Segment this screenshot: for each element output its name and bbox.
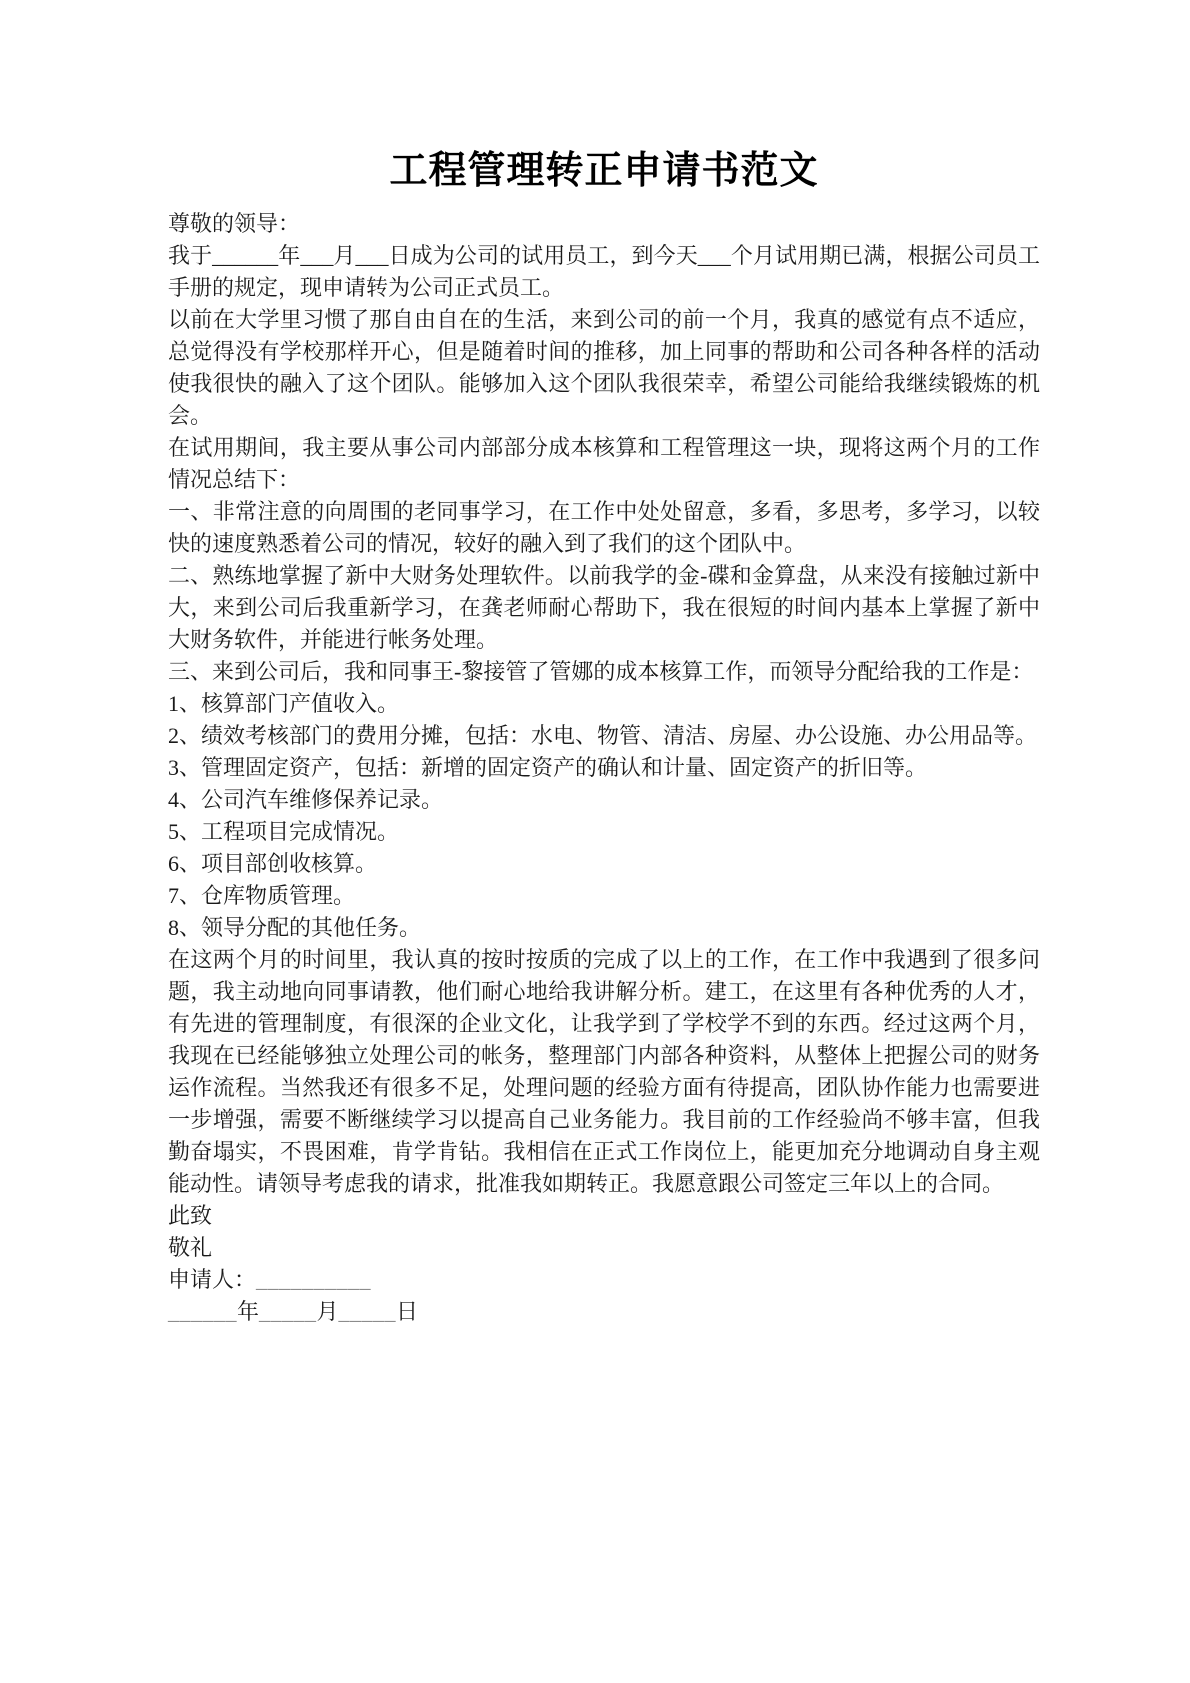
- date-blank-year: ______: [168, 1299, 237, 1324]
- task-item-1: 1、核算部门产值收入。: [168, 688, 1040, 720]
- date-blank-day: _____: [339, 1299, 397, 1324]
- month-label: 月: [317, 1299, 339, 1324]
- day-label: 日: [396, 1299, 418, 1324]
- applicant-blank-line: __________: [256, 1267, 371, 1292]
- paragraph-point-1: 一、非常注意的向周围的老同事学习，在工作中处处留意，多看，多思考，多学习，以较快…: [168, 496, 1040, 560]
- paragraph-point-2: 二、熟练地掌握了新中大财务处理软件。以前我学的金-碟和金算盘，从来没有接触过新中…: [168, 560, 1040, 656]
- document-page: 工程管理转正申请书范文 尊敬的领导： 我于______年___月___日成为公司…: [0, 0, 1190, 1683]
- applicant-label: 申请人：: [168, 1267, 256, 1292]
- task-item-5: 5、工程项目完成情况。: [168, 816, 1040, 848]
- year-label: 年: [237, 1299, 259, 1324]
- paragraph-summary-intro: 在试用期间，我主要从事公司内部部分成本核算和工程管理这一块，现将这两个月的工作情…: [168, 432, 1040, 496]
- date-line: ______年_____月_____日: [168, 1296, 1040, 1328]
- paragraph-adaptation: 以前在大学里习惯了那自由自在的生活，来到公司的前一个月，我真的感觉有点不适应，总…: [168, 304, 1040, 432]
- paragraph-intro: 我于______年___月___日成为公司的试用员工，到今天___个月试用期已满…: [168, 240, 1040, 304]
- task-item-3: 3、管理固定资产，包括：新增的固定资产的确认和计量、固定资产的折旧等。: [168, 752, 1040, 784]
- task-item-7: 7、仓库物质管理。: [168, 880, 1040, 912]
- paragraph-conclusion: 在这两个月的时间里，我认真的按时按质的完成了以上的工作，在工作中我遇到了很多问题…: [168, 944, 1040, 1200]
- document-title: 工程管理转正申请书范文: [168, 146, 1040, 196]
- task-item-8: 8、领导分配的其他任务。: [168, 912, 1040, 944]
- paragraph-point-3: 三、来到公司后，我和同事王-黎接管了管娜的成本核算工作，而领导分配给我的工作是：: [168, 656, 1040, 688]
- closing-jingli: 敬礼: [168, 1232, 1040, 1264]
- closing-cizhi: 此致: [168, 1200, 1040, 1232]
- applicant-line: 申请人：__________: [168, 1264, 1040, 1296]
- date-blank-month: _____: [259, 1299, 317, 1324]
- task-item-4: 4、公司汽车维修保养记录。: [168, 784, 1040, 816]
- salutation: 尊敬的领导：: [168, 208, 1040, 240]
- task-item-6: 6、项目部创收核算。: [168, 848, 1040, 880]
- task-item-2: 2、绩效考核部门的费用分摊，包括：水电、物管、清洁、房屋、办公设施、办公用品等。: [168, 720, 1040, 752]
